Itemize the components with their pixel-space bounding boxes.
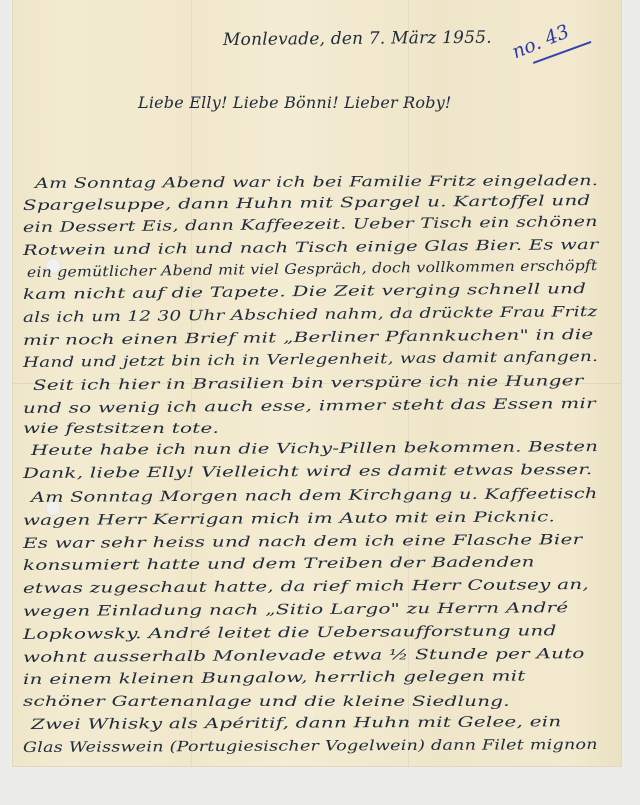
letter-line: konsumiert hatte und dem Treiben der Bad… xyxy=(23,554,535,574)
letter-line: in einem kleinen Bungalow, herrlich gele… xyxy=(23,668,526,688)
letter-line: Lopkowsky. André leitet die Uebersauffor… xyxy=(23,623,557,643)
letter-line: Rotwein und ich und nach Tisch einige Gl… xyxy=(23,237,599,259)
salutation: Liebe Elly! Liebe Bönni! Lieber Roby! xyxy=(138,93,452,112)
letter-line: ein gemütlicher Abend mit viel Gespräch,… xyxy=(27,258,598,281)
letter-line: Am Sonntag Abend war ich bei Familie Fri… xyxy=(35,173,598,192)
letter-page: Monlevade, den 7. März 1955. no. 43 Lieb… xyxy=(13,0,621,766)
letter-line: als ich um 12 30 Uhr Abschied nahm, da d… xyxy=(23,304,598,326)
letter-line: Hand und jetzt bin ich in Verlegenheit, … xyxy=(23,349,598,371)
letter-line: Dank, liebe Elly! Vielleicht wird es dam… xyxy=(23,462,593,482)
letter-line: etwas zugeschaut hatte, da rief mich Her… xyxy=(23,577,589,597)
archive-number: no. 43 xyxy=(509,20,573,63)
letter-line: Am Sonntag Morgen nach dem Kirchgang u. … xyxy=(31,486,598,506)
letter-line: wegen Einladung nach „Sitio Largo" zu He… xyxy=(23,600,569,620)
letter-line: Spargelsuppe, dann Huhn mit Spargel u. K… xyxy=(23,193,591,214)
letter-line: wagen Herr Kerrigan mich im Auto mit ein… xyxy=(23,509,555,529)
place-and-date: Monlevade, den 7. März 1955. xyxy=(223,28,492,50)
letter-line: wohnt ausserhalb Monlevade etwa ½ Stunde… xyxy=(23,646,585,666)
letter-line: schöner Gartenanlage und die kleine Sied… xyxy=(23,694,510,710)
letter-line: und so wenig ich auch esse, immer steht … xyxy=(23,396,596,417)
letter-line: wie festsitzen tote. xyxy=(23,421,219,437)
letter-line: Heute habe ich nun die Vichy-Pillen beko… xyxy=(31,439,598,459)
letter-line: Es war sehr heiss und nach dem ich eine … xyxy=(23,532,582,552)
letter-line: kam nicht auf die Tapete. Die Zeit vergi… xyxy=(23,281,586,303)
letter-line: Glas Weisswein (Portugiesischer Vogelwei… xyxy=(23,737,598,756)
letter-line: ein Dessert Eis, dann Kaffeezeit. Ueber … xyxy=(23,214,598,236)
letter-line: Seit ich hier in Brasilien bin verspüre … xyxy=(33,373,584,394)
letter-line: mir noch einen Brief mit „Berliner Pfann… xyxy=(23,327,594,349)
letter-line: Zwei Whisky als Apéritif, dann Huhn mit … xyxy=(31,714,562,733)
